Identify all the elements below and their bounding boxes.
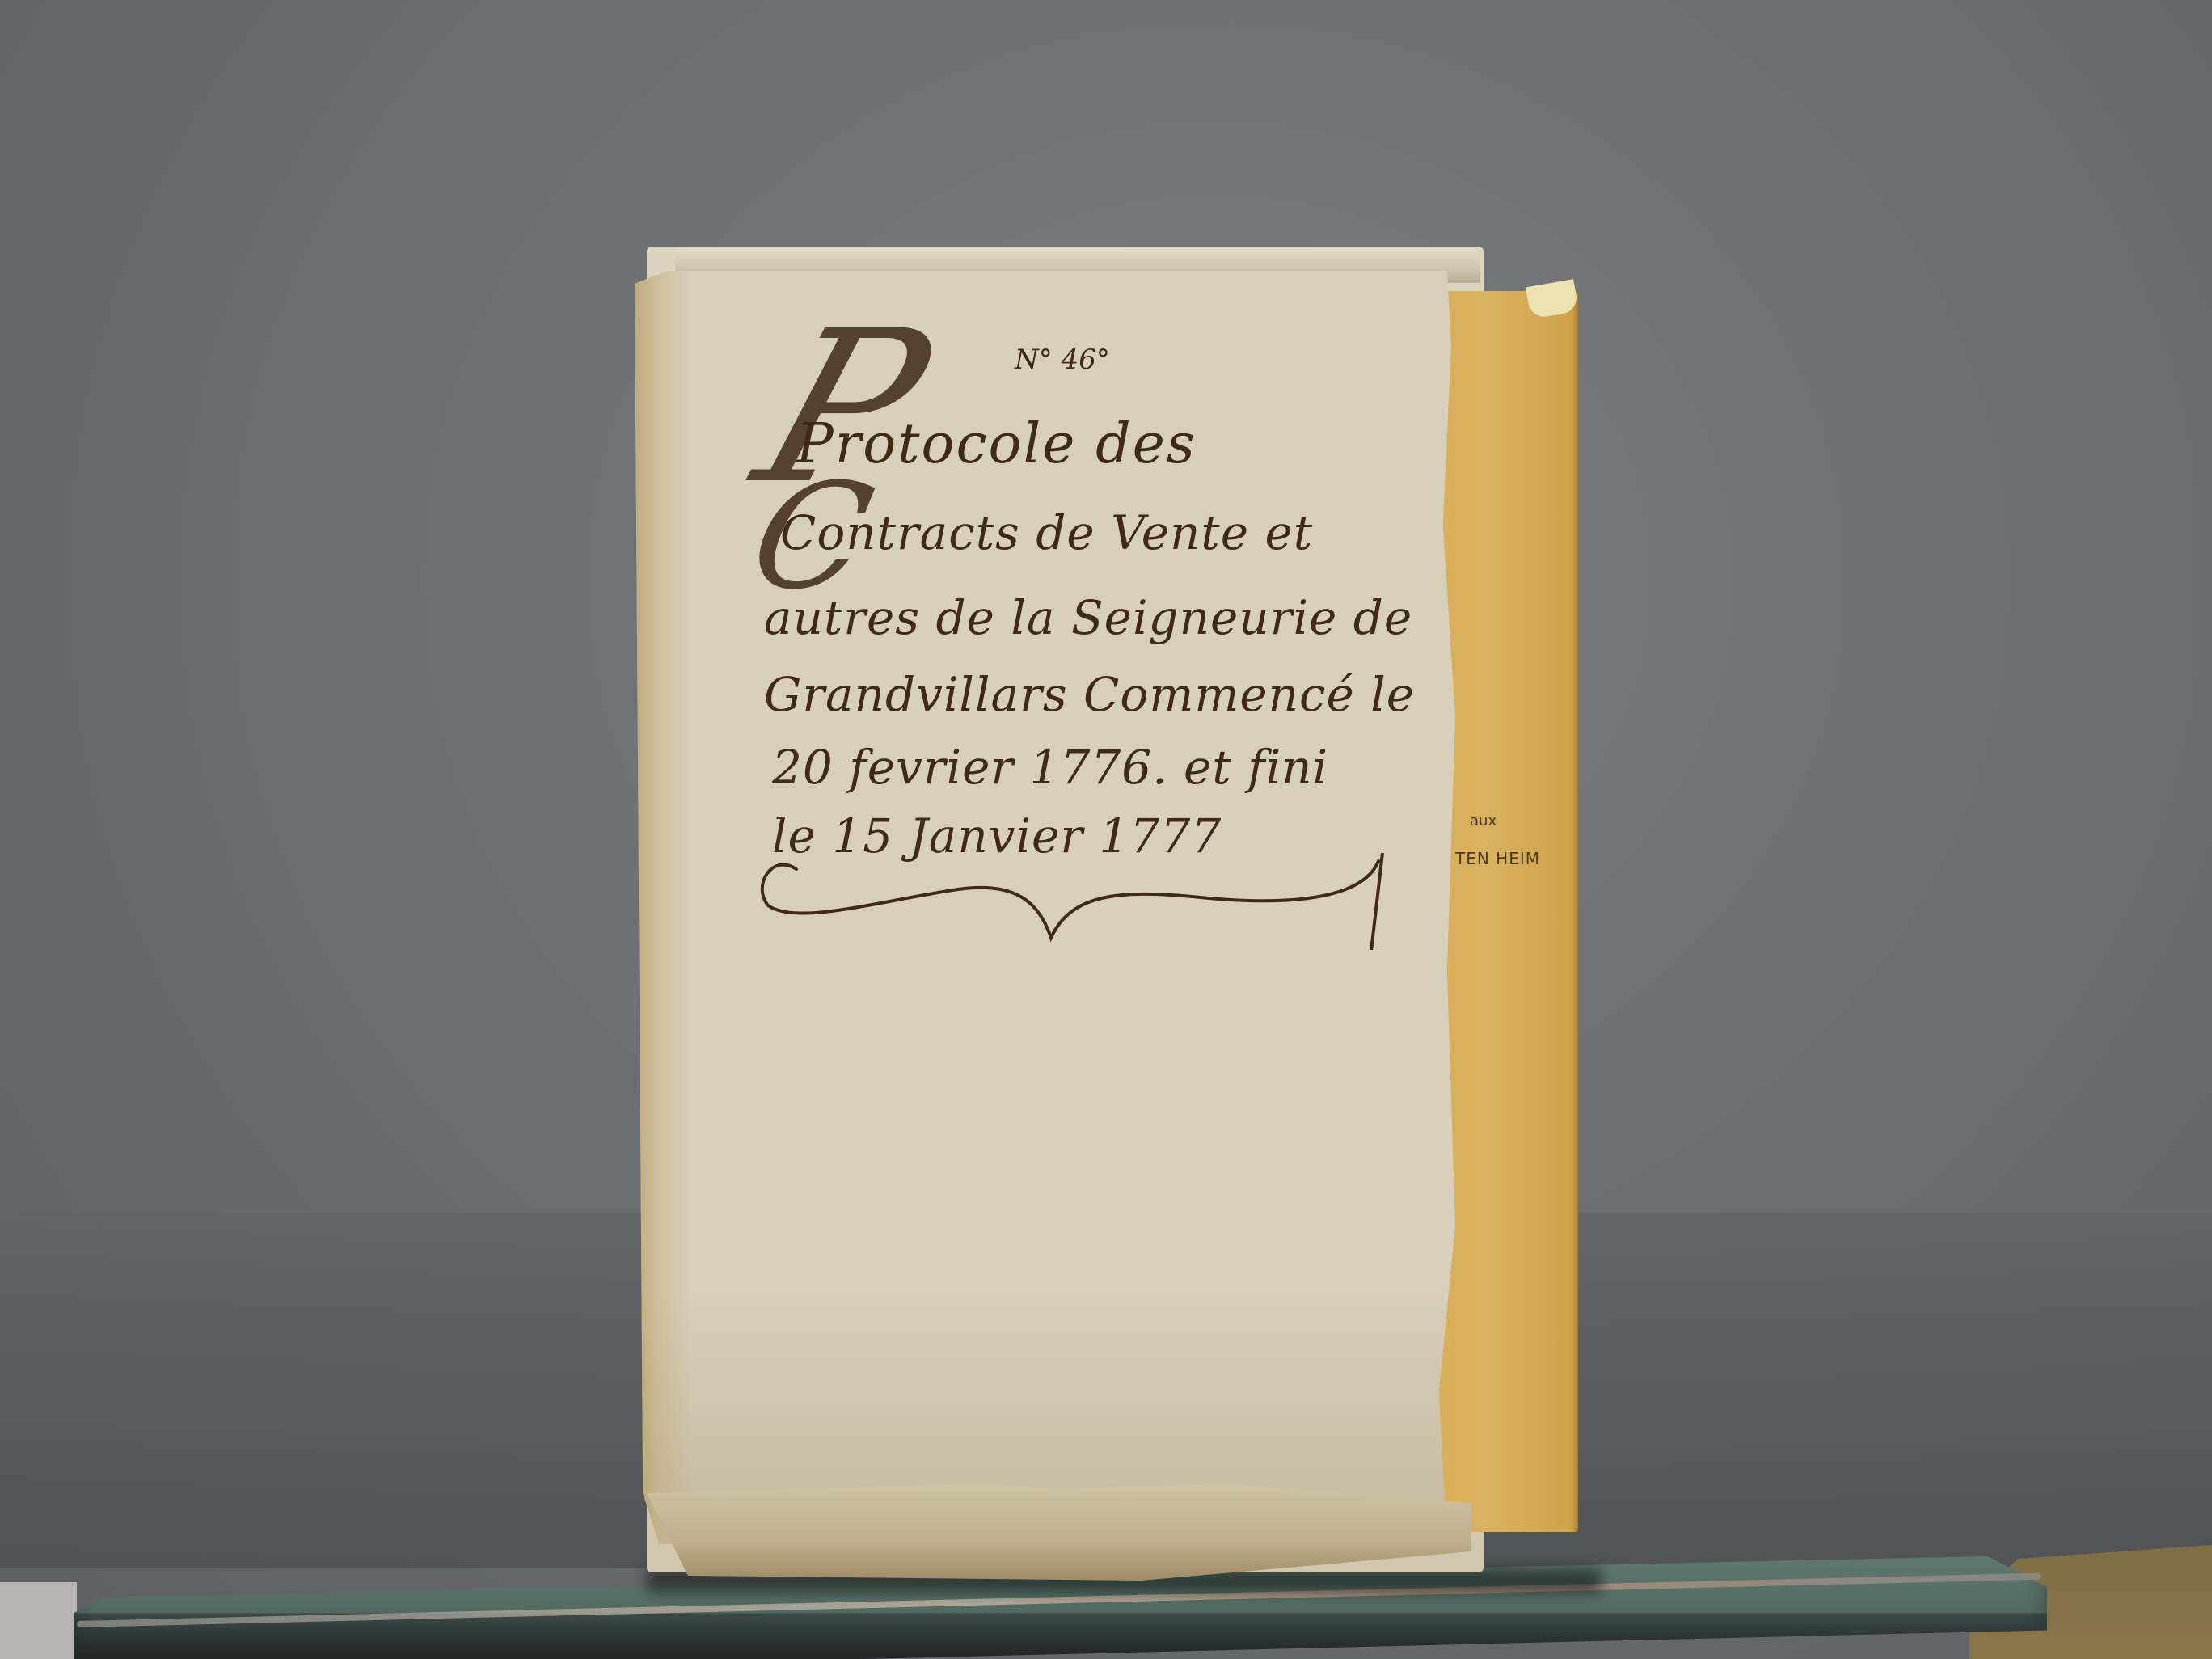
floor-left <box>0 1582 77 1659</box>
text-line: autres de la Seigneurie de <box>764 590 1412 645</box>
text-line: 20 fevrier 1776. et fini <box>772 740 1328 795</box>
text-line: Contracts de Vente et <box>780 505 1313 560</box>
flourish-ornament <box>748 837 1395 950</box>
pencil-note: TEN HEIM <box>1455 849 1540 868</box>
document-title: Protocole des <box>796 412 1197 476</box>
handwriting-area: P C N° 46° Protocole des Contracts de Ve… <box>635 271 1455 1544</box>
document-number: N° 46° <box>1015 344 1110 376</box>
pencil-note: aux <box>1470 813 1496 829</box>
text-line: Grandvillars Commencé le <box>764 667 1415 722</box>
